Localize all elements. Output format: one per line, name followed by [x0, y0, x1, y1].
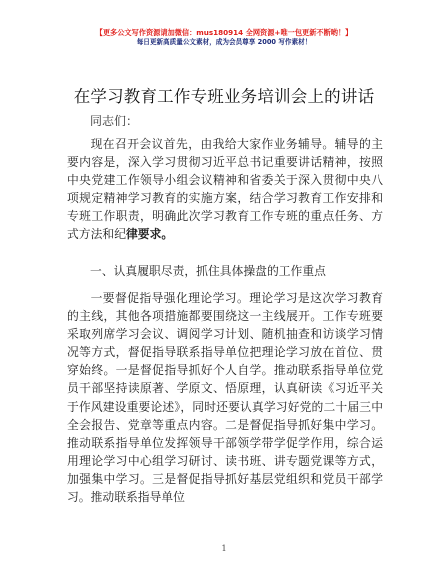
- document-title: 在学习教育工作专班业务培训会上的讲话: [0, 86, 448, 108]
- paragraph-section-1: 一要督促指导强化理论学习。理论学习是这次学习教育的主线，其他各项措施都要围绕这一…: [67, 289, 383, 506]
- section-heading-1: 一、认真履职尽责，抓住具体操盘的工作重点: [90, 262, 326, 280]
- promo-banner-line-1: 【更多公文写作资源请加微信：mus180914 全网资源+唯一包更新不断哟！】: [0, 28, 448, 38]
- page-number: 1: [0, 544, 448, 554]
- paragraph-intro: 现在召开会议首先，由我给大家作业务辅导。辅导的主要内容是，深入学习贯彻习近平总书…: [67, 135, 383, 244]
- salutation: 同志们：: [90, 112, 138, 130]
- paragraph-intro-text: 现在召开会议首先，由我给大家作业务辅导。辅导的主要内容是，深入学习贯彻习近平总书…: [67, 137, 383, 241]
- paragraph-intro-bold-tail: 律要求。: [126, 227, 173, 241]
- promo-banner-line-2: 每日更新高质量公文素材，成为会员尊享 2000 写作素材！: [0, 38, 448, 47]
